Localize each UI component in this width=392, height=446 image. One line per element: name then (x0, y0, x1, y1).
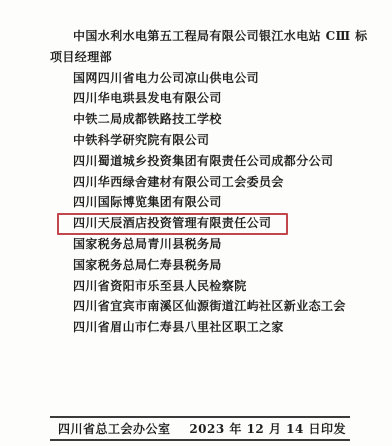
document-page: 中国水利水电第五工程局有限公司银江水电站 CⅢ 标 项目经理部 国网四川省电力公… (0, 0, 392, 446)
org-line-highlighted: 四川天辰酒店投资管理有限责任公司 (50, 213, 354, 234)
organization-list: 中国水利水电第五工程局有限公司银江水电站 CⅢ 标 项目经理部 国网四川省电力公… (50, 26, 354, 338)
org-line: 中国水利水电第五工程局有限公司银江水电站 CⅢ 标 (50, 26, 354, 47)
org-line: 四川省眉山市仁寿县八里社区职工之家 (50, 317, 354, 338)
org-line: 中铁二局成都铁路技工学校 (50, 109, 354, 130)
org-line-wrap: 项目经理部 (50, 47, 354, 68)
footer-issuing-office: 四川省总工会办公室 (58, 420, 171, 437)
org-line: 四川蜀道城乡投资集团有限责任公司成都分公司 (50, 151, 354, 172)
org-line: 四川省资阳市乐至县人民检察院 (50, 276, 354, 297)
org-line: 国家税务总局仁寿县税务局 (50, 255, 354, 276)
org-line: 四川国际博览集团有限公司 (50, 192, 354, 213)
highlight-box: 四川天辰酒店投资管理有限责任公司 (57, 213, 288, 235)
footer-colophon: 四川省总工会办公室 2023 年 12 月 14 日印发 (50, 416, 350, 441)
org-line: 国网四川省电力公司凉山供电公司 (50, 68, 354, 89)
org-line: 四川省宜宾市南溪区仙源街道江屿社区新业态工会 (50, 296, 354, 317)
org-line: 四川华电珙县发电有限公司 (50, 88, 354, 109)
footer-print-date: 2023 年 12 月 14 日印发 (189, 420, 346, 437)
highlighted-org-name: 四川天辰酒店投资管理有限责任公司 (73, 216, 271, 230)
org-line: 国家税务总局青川县税务局 (50, 234, 354, 255)
org-line: 四川华西绿舍建材有限公司工会委员会 (50, 172, 354, 193)
org-line: 中铁科学研究院有限公司 (50, 130, 354, 151)
